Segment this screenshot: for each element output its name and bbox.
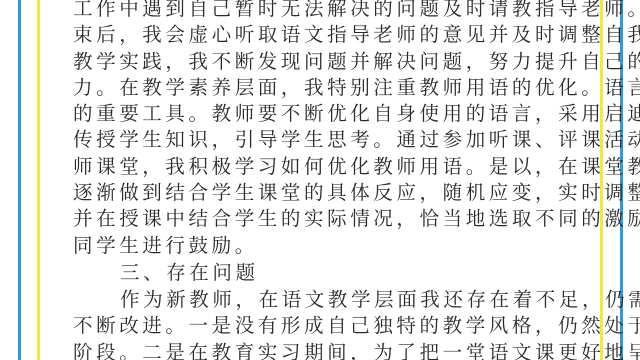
document-page: 工作中遇到自己暂时无法解决的问题及时请教指导老师。每次授课结 束后，我会虚心听取… [73, 0, 603, 360]
section-heading: 三、存在问题 [73, 259, 603, 287]
text-line: 阶段。二是在教育实习期间，为了把一堂语文课更好地呈现在学生面 [73, 340, 603, 360]
text-line: 的重要工具。教师要不断优化自身使用的语言，采用启迪性的话语， [73, 101, 603, 127]
text-line: 并在授课中结合学生的实际情况，恰当地选取不同的激励性话语对不 [73, 206, 603, 232]
text-line: 工作中遇到自己暂时无法解决的问题及时请教指导老师。每次授课结 [73, 0, 603, 22]
text-line: 传授学生知识，引导学生思考。通过参加听课、评课活动以及学习名 [73, 127, 603, 153]
paragraph-teaching-practice: 工作中遇到自己暂时无法解决的问题及时请教指导老师。每次授课结 束后，我会虚心听取… [73, 0, 603, 259]
paragraph-existing-problems: 作为新教师，在语文教学层面我还存在着不足，仍需要潜心学习， 不断改进。一是没有形… [73, 287, 603, 360]
text-line: 同学生进行鼓励。 [73, 233, 603, 259]
text-line: 教学实践，我不断发现问题并解决问题，努力提升自己的语文教学能 [73, 49, 603, 75]
text-line: 作为新教师，在语文教学层面我还存在着不足，仍需要潜心学习， [73, 287, 603, 313]
text-line: 师课堂，我积极学习如何优化教师用语。是以，在课堂教学中，我能 [73, 154, 603, 180]
text-line: 不断改进。一是没有形成自己独特的教学风格，仍然处于模仿、借鉴 [73, 313, 603, 339]
left-yellow-border [37, 0, 40, 360]
text-line: 力。在教学素养层面，我特别注重教师用语的优化。语言是人类交际 [73, 75, 603, 101]
left-blue-border [18, 0, 21, 360]
text-line: 束后，我会虚心听取语文指导老师的意见并及时调整自我状态。通过 [73, 22, 603, 48]
text-line: 逐渐做到结合学生课堂的具体反应，随机应变，实时调整讲课的语调。 [73, 180, 603, 206]
